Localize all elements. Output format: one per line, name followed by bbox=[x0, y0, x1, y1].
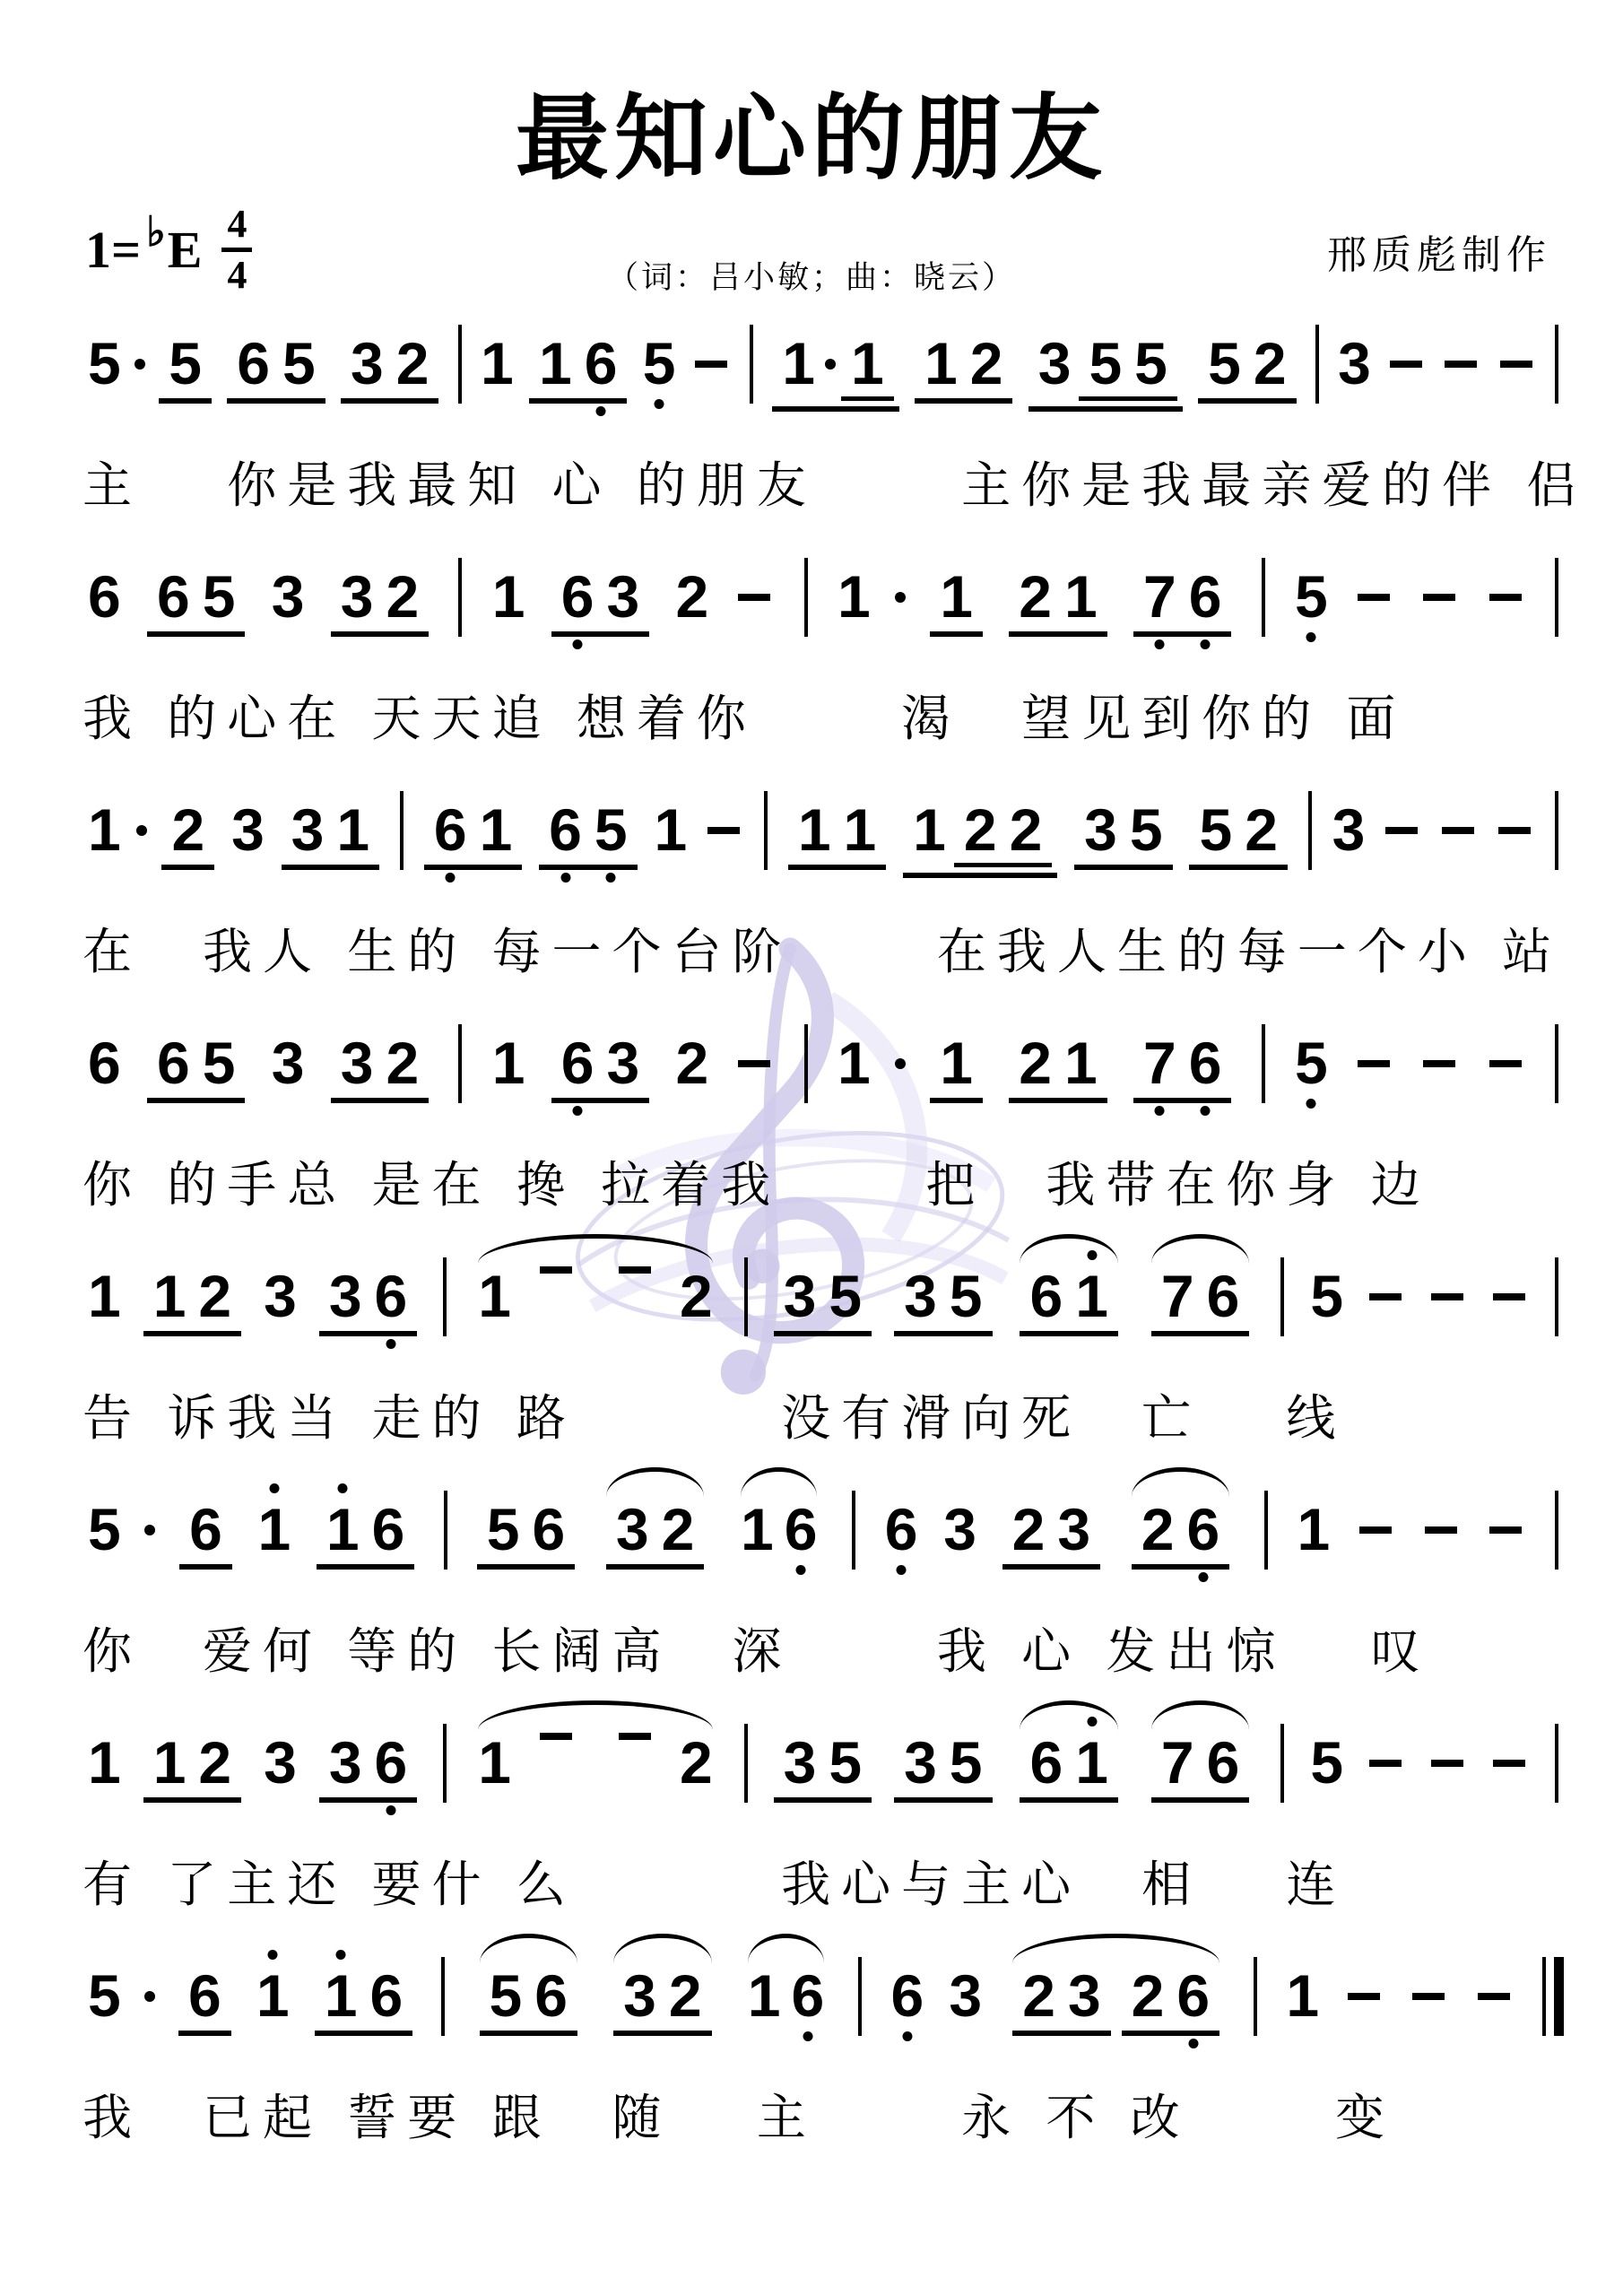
duration-dash bbox=[1359, 1526, 1392, 1534]
duration-dash bbox=[540, 1266, 572, 1274]
duration-dot bbox=[144, 1525, 155, 1535]
beam-underline-group: 56 bbox=[477, 1500, 575, 1570]
note: 1 bbox=[940, 567, 973, 626]
slur-group: 61 bbox=[1014, 1266, 1123, 1336]
lyrics-line-4: 你 的手总 是在 搀 拉着我 把 我带在你身 边 bbox=[82, 1157, 1567, 1213]
octave-dot-low bbox=[386, 1339, 395, 1349]
note-digit: 3 bbox=[904, 1733, 937, 1792]
octave-dot-high bbox=[338, 1483, 348, 1493]
note: 1 bbox=[913, 800, 946, 859]
note: 1 bbox=[481, 334, 514, 393]
note: 1 bbox=[844, 800, 877, 859]
note: 3 bbox=[943, 1500, 976, 1559]
beam-underline-group: 1 bbox=[930, 567, 983, 637]
slur-group: 12 bbox=[473, 1266, 717, 1326]
note-digit: 3 bbox=[351, 334, 384, 393]
duration-dash bbox=[1445, 361, 1477, 368]
note: 2 bbox=[680, 1733, 713, 1792]
beam-underline-group: 16 bbox=[529, 334, 627, 404]
note-digit: 2 bbox=[964, 800, 997, 859]
slur-group: 32 bbox=[608, 1966, 716, 2036]
note-digit: 1 bbox=[258, 1500, 291, 1559]
note: 6 bbox=[237, 334, 270, 393]
note: 1 bbox=[88, 1266, 121, 1326]
beam-underline-group: 56 bbox=[480, 1966, 577, 2036]
note: 1 bbox=[782, 334, 815, 393]
note-digit: 7 bbox=[1161, 1266, 1194, 1326]
note-digit: 2 bbox=[1132, 1966, 1165, 2025]
note: 5 bbox=[1295, 567, 1328, 626]
note: 2 bbox=[1019, 1033, 1052, 1092]
note-digit: 1 bbox=[336, 800, 369, 859]
note: 1 bbox=[798, 800, 831, 859]
note: 2 bbox=[198, 1266, 231, 1326]
note: 5 bbox=[595, 800, 628, 859]
note-digit: 1 bbox=[1064, 567, 1098, 626]
notation-line-1: 55653211651112355523 bbox=[82, 334, 1567, 439]
note-digit: 2 bbox=[1141, 1500, 1175, 1559]
note: 1 bbox=[1075, 1266, 1108, 1326]
slur-arc bbox=[613, 1934, 711, 1963]
note-digit: 5 bbox=[1310, 1733, 1343, 1792]
beam-underline-group: 11 bbox=[788, 800, 886, 870]
note-digit: 6 bbox=[791, 1966, 824, 2025]
note: 3 bbox=[1084, 800, 1117, 859]
note: 6 bbox=[549, 800, 582, 859]
duration-dash bbox=[1478, 1993, 1510, 2000]
beam-underline-group: 11 bbox=[772, 334, 898, 412]
note: 6 bbox=[157, 1033, 190, 1092]
beam-underline-group: 1 bbox=[841, 334, 894, 401]
note: 1 bbox=[924, 334, 958, 393]
duration-dash bbox=[1348, 1993, 1380, 2000]
lyrics-line-5: 告 诉我当 走的 路 没有滑向死 亡 线 bbox=[82, 1390, 1567, 1447]
note-digit: 6 bbox=[561, 567, 595, 626]
note-digit: 1 bbox=[326, 1500, 360, 1559]
notation-line-3: 12331616511112235523 bbox=[82, 800, 1567, 906]
note: 1 bbox=[1075, 1733, 1108, 1792]
note-digit: 1 bbox=[1064, 1033, 1098, 1092]
note-digit: 1 bbox=[492, 1033, 525, 1092]
note: 3 bbox=[329, 1266, 362, 1326]
note-digit: 6 bbox=[370, 1966, 404, 2025]
notation-line-4: 66533216321121765 bbox=[82, 1033, 1567, 1139]
note: 1 bbox=[1064, 567, 1098, 626]
page-title: 最知心的朋友 bbox=[0, 63, 1623, 197]
flat-accidental-icon: ♭ bbox=[146, 212, 166, 253]
note: 3 bbox=[329, 1733, 362, 1792]
note: 5 bbox=[1089, 334, 1122, 393]
beam-underline-group: 55 bbox=[1079, 334, 1176, 401]
barline bbox=[1254, 1957, 1257, 2036]
barline bbox=[1280, 1724, 1284, 1803]
music-system-6: 561165632166323261你 爱何 等的 长阔高 深 我 心 发出惊 … bbox=[82, 1500, 1567, 1680]
note: 1 bbox=[336, 800, 369, 859]
note-digit: 1 bbox=[851, 334, 884, 393]
beam-underline-group: 6 bbox=[179, 1500, 232, 1570]
note-digit: 2 bbox=[386, 1033, 419, 1092]
note-digit: 5 bbox=[1295, 1033, 1328, 1092]
beam-underline-group: 22 bbox=[954, 800, 1052, 867]
slur-group: 76 bbox=[1146, 1733, 1254, 1803]
note: 1 bbox=[478, 1733, 511, 1792]
octave-dot-low bbox=[573, 1106, 583, 1116]
octave-dot-low bbox=[1198, 1572, 1208, 1582]
barline bbox=[750, 325, 753, 404]
note-digit: 5 bbox=[1134, 334, 1167, 393]
slur-group: 16 bbox=[742, 1966, 829, 2025]
beam-underline-group: 16 bbox=[317, 1500, 414, 1570]
note-digit: 2 bbox=[1254, 334, 1287, 393]
note: 6 bbox=[1186, 1500, 1219, 1559]
note: 6 bbox=[885, 1500, 918, 1559]
barline bbox=[1262, 558, 1265, 637]
slur-group: 32 bbox=[601, 1500, 709, 1570]
octave-dot-low bbox=[596, 406, 606, 416]
note: 6 bbox=[785, 1500, 818, 1559]
beam-underline-group: 21 bbox=[1009, 567, 1107, 637]
slur-arc bbox=[1151, 1234, 1249, 1264]
note: 5 bbox=[88, 1966, 121, 2025]
note-digit: 6 bbox=[157, 1033, 190, 1092]
beam-underline-group: 26 bbox=[1132, 1500, 1229, 1570]
note-digit: 1 bbox=[88, 800, 121, 859]
note-digit: 2 bbox=[680, 1266, 713, 1326]
barline bbox=[804, 1024, 808, 1103]
note: 3 bbox=[949, 1966, 982, 2025]
beam-underline-group: 76 bbox=[1151, 1733, 1249, 1803]
octave-dot-low bbox=[560, 873, 570, 883]
barline bbox=[443, 1257, 447, 1336]
note-digit: 6 bbox=[561, 1033, 595, 1092]
beam-underline-group: 36 bbox=[319, 1733, 417, 1803]
note-digit: 5 bbox=[88, 1500, 121, 1559]
beam-underline-group: 1 bbox=[930, 1033, 983, 1103]
duration-dash bbox=[1423, 1060, 1455, 1067]
note-digit: 5 bbox=[1208, 334, 1241, 393]
beam-underline-group: 61 bbox=[1020, 1266, 1117, 1336]
slur-arc bbox=[748, 1934, 824, 1963]
note-digit: 6 bbox=[237, 334, 270, 393]
note-digit: 6 bbox=[88, 1033, 121, 1092]
note-digit: 6 bbox=[375, 1266, 408, 1326]
note-digit: 3 bbox=[329, 1266, 362, 1326]
slur-arc bbox=[1012, 1934, 1219, 1963]
duration-dash bbox=[695, 361, 727, 368]
note-digit: 5 bbox=[950, 1733, 983, 1792]
slur-arc bbox=[480, 1934, 577, 1963]
note-digit: 2 bbox=[662, 1500, 695, 1559]
note: 6 bbox=[585, 334, 618, 393]
note: 5 bbox=[282, 334, 316, 393]
slur-group: 12 bbox=[473, 1733, 717, 1792]
barline bbox=[441, 1957, 445, 2036]
note-digit: 1 bbox=[844, 800, 877, 859]
note: 6 bbox=[370, 1966, 404, 2025]
note-digit: 1 bbox=[325, 1966, 358, 2025]
note: 1 bbox=[741, 1500, 774, 1559]
note: 6 bbox=[1029, 1266, 1063, 1326]
note-digit: 3 bbox=[784, 1266, 817, 1326]
note: 3 bbox=[784, 1266, 817, 1326]
note-digit: 3 bbox=[272, 567, 305, 626]
note: 3 bbox=[272, 567, 305, 626]
note-digit: 5 bbox=[169, 334, 202, 393]
beam-underline-group: 35 bbox=[894, 1266, 992, 1336]
octave-dot-low bbox=[446, 873, 456, 883]
barline bbox=[764, 791, 768, 870]
note-digit: 6 bbox=[532, 1500, 565, 1559]
octave-dot-high bbox=[1087, 1717, 1097, 1726]
note-digit: 3 bbox=[623, 1966, 656, 2025]
note-digit: 6 bbox=[785, 1500, 818, 1559]
music-system-1: 55653211651112355523主 你是我最知 心 的朋友 主你是我最亲… bbox=[82, 334, 1567, 514]
note-digit: 5 bbox=[829, 1733, 862, 1792]
duration-dash bbox=[1493, 1293, 1525, 1300]
duration-dash bbox=[1358, 1060, 1390, 1067]
beam-underline-group: 2 bbox=[161, 800, 214, 870]
note: 7 bbox=[1143, 567, 1176, 626]
note: 2 bbox=[1254, 334, 1287, 393]
note: 5 bbox=[1208, 334, 1241, 393]
note: 6 bbox=[532, 1500, 565, 1559]
slur-group: 26 bbox=[1126, 1500, 1235, 1570]
note: 6 bbox=[189, 1500, 222, 1559]
slur-arc bbox=[1132, 1467, 1229, 1497]
final-barline bbox=[1542, 1957, 1564, 2036]
duration-dash bbox=[540, 1733, 572, 1740]
octave-dot-low bbox=[1306, 632, 1316, 642]
beam-underline-group: 76 bbox=[1133, 567, 1231, 637]
duration-dash bbox=[1369, 1293, 1402, 1300]
note: 1 bbox=[492, 1033, 525, 1092]
note-digit: 3 bbox=[606, 567, 639, 626]
note: 1 bbox=[153, 1733, 187, 1792]
note-digit: 5 bbox=[1089, 334, 1122, 393]
note-digit: 6 bbox=[1207, 1266, 1240, 1326]
beam-underline-group: 355 bbox=[1028, 334, 1183, 412]
note: 3 bbox=[616, 1500, 649, 1559]
beam-underline-group: 35 bbox=[894, 1733, 992, 1803]
note-digit: 3 bbox=[1338, 334, 1371, 393]
music-system-3: 12331616511112235523在 我人 生的 每一个台阶 在我人生的每… bbox=[82, 800, 1567, 980]
note-digit: 6 bbox=[372, 1500, 405, 1559]
beam-underline-group: 65 bbox=[539, 800, 637, 870]
beam-underline-group: 32 bbox=[331, 1033, 429, 1103]
duration-dash bbox=[1431, 1760, 1463, 1767]
note-digit: 3 bbox=[1084, 800, 1117, 859]
note-digit: 1 bbox=[838, 567, 871, 626]
note-digit: 2 bbox=[1010, 800, 1043, 859]
note-digit: 5 bbox=[595, 800, 628, 859]
note: 5 bbox=[829, 1266, 862, 1326]
note: 1 bbox=[88, 800, 121, 859]
octave-dot-low bbox=[1155, 639, 1165, 649]
duration-dash bbox=[1442, 827, 1474, 834]
barline bbox=[458, 325, 462, 404]
note-digit: 1 bbox=[478, 1266, 511, 1326]
note: 6 bbox=[534, 1966, 568, 2025]
duration-dot bbox=[825, 359, 836, 370]
note: 2 bbox=[1245, 800, 1278, 859]
octave-dot-high bbox=[268, 1950, 278, 1960]
note-digit: 1 bbox=[924, 334, 958, 393]
note: 6 bbox=[375, 1733, 408, 1792]
note-digit: 1 bbox=[153, 1266, 187, 1326]
note: 1 bbox=[748, 1966, 781, 2025]
note: 3 bbox=[341, 1033, 374, 1092]
note: 3 bbox=[606, 567, 639, 626]
note: 2 bbox=[680, 1266, 713, 1326]
barline bbox=[1555, 325, 1558, 404]
note: 6 bbox=[561, 567, 595, 626]
beam-underline-group: 76 bbox=[1133, 1033, 1231, 1103]
note-digit: 6 bbox=[1186, 1500, 1219, 1559]
octave-dot-low bbox=[803, 2031, 812, 2041]
note-digit: 6 bbox=[188, 1966, 221, 2025]
slur-group: 2326 bbox=[1007, 1966, 1225, 2036]
slur-arc bbox=[1020, 1700, 1117, 1730]
octave-dot-low bbox=[1188, 2039, 1198, 2048]
beam-underline-group: 12 bbox=[143, 1733, 241, 1803]
note: 6 bbox=[561, 1033, 595, 1092]
barline bbox=[1555, 1491, 1558, 1570]
notation-line-7: 11233612353561765 bbox=[82, 1733, 1567, 1839]
note: 5 bbox=[169, 334, 202, 393]
note-digit: 2 bbox=[198, 1733, 231, 1792]
note-digit: 2 bbox=[1012, 1500, 1046, 1559]
barline bbox=[1308, 791, 1312, 870]
note: 3 bbox=[784, 1733, 817, 1792]
note: 1 bbox=[492, 567, 525, 626]
note: 5 bbox=[203, 1033, 236, 1092]
note: 7 bbox=[1143, 1033, 1176, 1092]
beam-underline-group: 31 bbox=[282, 800, 379, 870]
note: 6 bbox=[1207, 1733, 1240, 1792]
final-barline-thick bbox=[1554, 1957, 1564, 2036]
note: 6 bbox=[157, 567, 190, 626]
slur-arc bbox=[606, 1467, 704, 1497]
note-digit: 6 bbox=[375, 1733, 408, 1792]
note-digit: 5 bbox=[950, 1266, 983, 1326]
music-system-2: 66533216321121765我 的心在 天天追 想着你 渴 望见到你的 面 bbox=[82, 567, 1567, 747]
note: 5 bbox=[643, 334, 676, 393]
barline bbox=[1555, 1724, 1558, 1803]
note: 1 bbox=[1298, 1500, 1331, 1559]
note: 6 bbox=[88, 1033, 121, 1092]
note-digit: 2 bbox=[675, 1033, 708, 1092]
note-digit: 6 bbox=[434, 800, 467, 859]
note: 3 bbox=[606, 1033, 639, 1092]
note: 2 bbox=[1141, 1500, 1175, 1559]
barline bbox=[1315, 325, 1319, 404]
note-digit: 7 bbox=[1161, 1733, 1194, 1792]
slur-arc bbox=[741, 1467, 817, 1497]
note: 1 bbox=[838, 1033, 871, 1092]
note: 7 bbox=[1161, 1266, 1194, 1326]
beam-underline-group: 6 bbox=[178, 1966, 231, 2036]
note: 2 bbox=[662, 1500, 695, 1559]
duration-dot bbox=[895, 1058, 906, 1069]
note: 2 bbox=[198, 1733, 231, 1792]
sheet-music-page: 最知心的朋友 1= ♭ E 4 4 （词：吕小敏；曲：晓云） 邢质彪制作 556… bbox=[0, 0, 1623, 2296]
beam-underline-group: 61 bbox=[1020, 1733, 1117, 1803]
note: 5 bbox=[88, 1500, 121, 1559]
note: 6 bbox=[1176, 1966, 1210, 2025]
note: 3 bbox=[272, 1033, 305, 1092]
note-digit: 1 bbox=[748, 1966, 781, 2025]
note: 3 bbox=[904, 1266, 937, 1326]
note: 3 bbox=[1068, 1966, 1101, 2025]
note-digit: 2 bbox=[386, 567, 419, 626]
note-digit: 1 bbox=[913, 800, 946, 859]
note: 3 bbox=[904, 1733, 937, 1792]
beam-underline-group: 76 bbox=[1151, 1266, 1249, 1336]
barline bbox=[444, 1491, 447, 1570]
lyrics-line-3: 在 我人 生的 每一个台阶 在我人生的每一个小 站 bbox=[82, 924, 1567, 980]
note: 3 bbox=[1332, 800, 1366, 859]
note: 5 bbox=[487, 1500, 520, 1559]
note-digit: 5 bbox=[282, 334, 316, 393]
octave-dot-low bbox=[796, 1565, 806, 1575]
note: 1 bbox=[153, 1266, 187, 1326]
time-signature-numerator: 4 bbox=[221, 204, 252, 252]
barline bbox=[858, 1957, 862, 2036]
lyrics-line-2: 我 的心在 天天追 想着你 渴 望见到你的 面 bbox=[82, 691, 1567, 747]
beam-underline-group: 52 bbox=[1198, 334, 1296, 404]
note: 1 bbox=[478, 1266, 511, 1326]
beam-underline-group: 52 bbox=[1189, 800, 1287, 870]
note: 1 bbox=[654, 800, 687, 859]
note: 1 bbox=[258, 1500, 291, 1559]
note: 2 bbox=[1010, 800, 1043, 859]
note: 2 bbox=[1019, 567, 1052, 626]
note-digit: 6 bbox=[885, 1500, 918, 1559]
note: 2 bbox=[386, 1033, 419, 1092]
note-digit: 2 bbox=[680, 1733, 713, 1792]
music-system-7: 11233612353561765有 了主还 要什 么 我心与主心 相 连 bbox=[82, 1733, 1567, 1913]
note: 6 bbox=[88, 567, 121, 626]
octave-dot-low bbox=[573, 639, 583, 649]
beam-underline-group: 26 bbox=[1122, 1966, 1219, 2036]
note-digit: 6 bbox=[1189, 1033, 1222, 1092]
note-digit: 5 bbox=[203, 1033, 236, 1092]
beam-underline-group: 23 bbox=[1002, 1500, 1100, 1570]
note-digit: 1 bbox=[492, 567, 525, 626]
note: 5 bbox=[1199, 800, 1232, 859]
note-digit: 2 bbox=[675, 567, 708, 626]
octave-dot-low bbox=[902, 2031, 912, 2041]
duration-dash bbox=[1423, 594, 1455, 601]
lyrics-line-1: 主 你是我最知 心 的朋友 主你是我最亲爱的伴 侣 bbox=[82, 457, 1567, 514]
note: 2 bbox=[964, 800, 997, 859]
note-digit: 2 bbox=[1245, 800, 1278, 859]
note: 5 bbox=[1295, 1033, 1328, 1092]
note-digit: 1 bbox=[153, 1733, 187, 1792]
barline bbox=[1264, 1491, 1268, 1570]
note: 6 bbox=[188, 1966, 221, 2025]
note-digit: 6 bbox=[585, 334, 618, 393]
duration-dash bbox=[1358, 594, 1390, 601]
beam-underline-group: 65 bbox=[227, 334, 325, 404]
duration-dash bbox=[1493, 1760, 1525, 1767]
note-digit: 6 bbox=[157, 567, 190, 626]
barline bbox=[1555, 1257, 1558, 1336]
note-digit: 5 bbox=[1310, 1266, 1343, 1326]
note: 1 bbox=[325, 1966, 358, 2025]
notation-line-5: 11233612353561765 bbox=[82, 1266, 1567, 1372]
note: 5 bbox=[203, 567, 236, 626]
